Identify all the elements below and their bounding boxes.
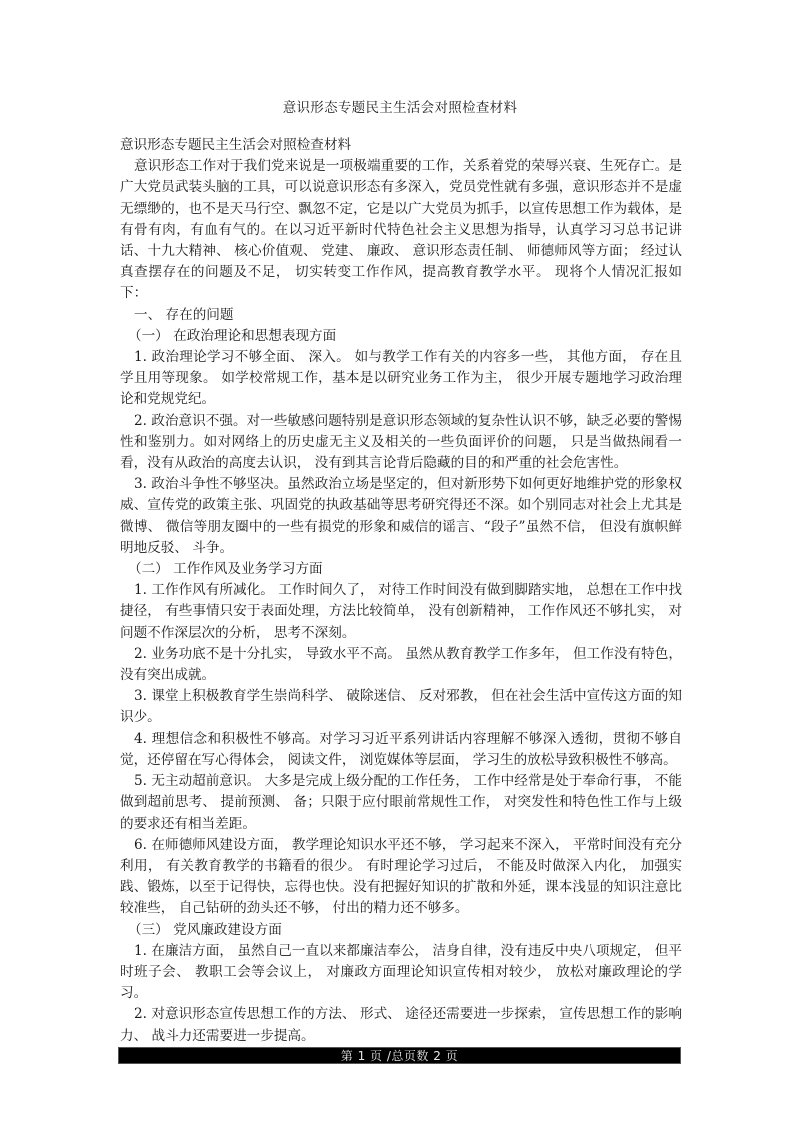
list-item: 2. 政治意识不强。对一些敏感问题特别是意识形态领域的复杂性认识不够，缺乏必要的…	[120, 411, 682, 475]
list-item: 6. 在师德师风建设方面， 教学理论知识水平还不够， 学习起来不深入， 平常时间…	[120, 835, 682, 920]
list-item: 1. 工作作风有所减化。 工作时间久了， 对待工作时间没有做到脚踏实地， 总想在…	[120, 580, 682, 644]
subsection-heading: （二） 工作作风及业务学习方面	[120, 559, 682, 580]
document-body: 意识形态专题民主生活会对照检查材料 意识形态工作对于我们党来说是一项极端重要的工…	[120, 135, 682, 1068]
list-item: 1. 政治理论学习不够全面、 深入。 如与教学工作有关的内容多一些， 其他方面，…	[120, 347, 682, 411]
list-item: 3. 政治斗争性不够坚决。虽然政治立场是坚定的，但对新形势下如何更好地维护党的形…	[120, 474, 682, 559]
list-item: 4. 理想信念和积极性不够高。对学习习近平系列讲话内容理解不够深入透彻，贯彻不够…	[120, 729, 682, 771]
page-indicator: 第 1 页 /总页数 2 页	[341, 1049, 458, 1063]
intro-paragraph: 意识形态工作对于我们党来说是一项极端重要的工作，关系着党的荣辱兴衰、生死存亡。是…	[120, 156, 682, 304]
list-item: 3. 课堂上积极教育学生崇尚科学、 破除迷信、 反对邪教， 但在社会生活中宣传这…	[120, 686, 682, 728]
document-title: 意识形态专题民主生活会对照检查材料	[0, 99, 800, 117]
page-footer-bar: 第 1 页 /总页数 2 页	[118, 1047, 681, 1064]
subsection-heading: （三） 党风廉政建设方面	[120, 920, 682, 941]
section-heading: 一、 存在的问题	[120, 305, 682, 326]
document-subtitle: 意识形态专题民主生活会对照检查材料	[120, 135, 682, 156]
list-item: 2. 对意识形态宣传思想工作的方法、 形式、 途径还需要进一步探索， 宣传思想工…	[120, 1004, 682, 1046]
list-item: 5. 无主动超前意识。 大多是完成上级分配的工作任务， 工作中经常是处于奉命行事…	[120, 771, 682, 835]
subsection-heading: （一） 在政治理论和思想表现方面	[120, 326, 682, 347]
document-page: 意识形态专题民主生活会对照检查材料 意识形态专题民主生活会对照检查材料 意识形态…	[0, 0, 800, 1131]
list-item: 2. 业务功底不是十分扎实， 导致水平不高。 虽然从教育教学工作多年， 但工作没…	[120, 644, 682, 686]
list-item: 1. 在廉洁方面， 虽然自己一直以来都廉洁奉公， 洁身自律，没有违反中央八项规定…	[120, 941, 682, 1005]
